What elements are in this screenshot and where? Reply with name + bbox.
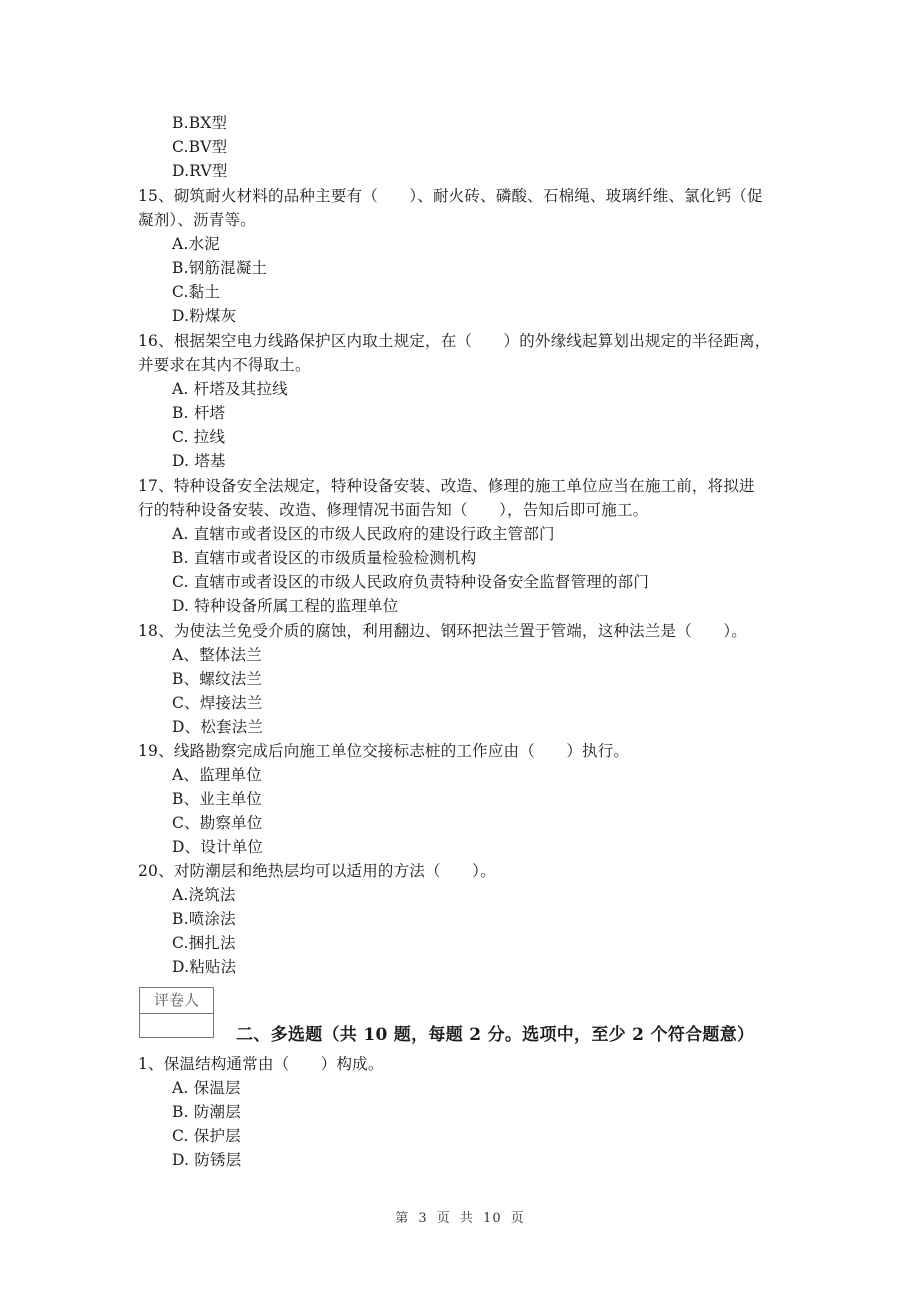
- section-title: 二、多选题（共 10 题，每题 2 分。选项中，至少 2 个符合题意）: [236, 1022, 754, 1048]
- answer-option: B、业主单位: [172, 787, 262, 811]
- question-text: 并要求在其内不得取土。: [138, 353, 311, 377]
- answer-option: B、螺纹法兰: [172, 667, 262, 691]
- question-text: 20、对防潮层和绝热层均可以适用的方法（ ）。: [138, 859, 496, 883]
- answer-option: D. 塔基: [172, 449, 226, 473]
- answer-option: D. 防锈层: [172, 1148, 241, 1172]
- answer-option: A.水泥: [172, 232, 220, 256]
- grader-box: 评卷人: [139, 987, 214, 1038]
- answer-option: A. 直辖市或者设区的市级人民政府的建设行政主管部门: [172, 522, 555, 546]
- answer-option: B. 防潮层: [172, 1100, 241, 1124]
- answer-option: C. 保护层: [172, 1124, 241, 1148]
- answer-option: D、设计单位: [172, 835, 263, 859]
- answer-option: A、整体法兰: [172, 643, 262, 667]
- question-text: 凝剂）、沥青等。: [138, 208, 256, 232]
- question-text: 15、砌筑耐火材料的品种主要有（ ）、耐火砖、磷酸、石棉绳、玻璃纤维、氯化钙（促: [138, 184, 763, 208]
- answer-option: D.RV型: [172, 159, 228, 183]
- answer-option: A. 保温层: [172, 1076, 241, 1100]
- answer-option: B. 直辖市或者设区的市级质量检验检测机构: [172, 546, 476, 570]
- grader-label: 评卷人: [140, 988, 213, 1014]
- answer-option: C.黏土: [172, 280, 220, 304]
- answer-option: A、监理单位: [172, 763, 262, 787]
- page-footer: 第 3 页 共 10 页: [0, 1207, 920, 1226]
- answer-option: C. 直辖市或者设区的市级人民政府负责特种设备安全监督管理的部门: [172, 570, 649, 594]
- answer-option: C.捆扎法: [172, 931, 236, 955]
- answer-option: B. 杆塔: [172, 401, 225, 425]
- question-text: 17、特种设备安全法规定，特种设备安装、改造、修理的施工单位应当在施工前，将拟进: [138, 474, 755, 498]
- answer-option: B.钢筋混凝土: [172, 256, 267, 280]
- question-text: 16、根据架空电力线路保护区内取土规定，在（ ）的外缘线起算划出规定的半径距离，: [138, 329, 770, 353]
- answer-option: A.浇筑法: [172, 883, 236, 907]
- answer-option: D.粉煤灰: [172, 304, 236, 328]
- answer-option: B.BX型: [172, 111, 227, 135]
- answer-option: C.BV型: [172, 135, 227, 159]
- document-page: B.BX型C.BV型D.RV型15、砌筑耐火材料的品种主要有（ ）、耐火砖、磷酸…: [0, 0, 920, 1302]
- answer-option: C、勘察单位: [172, 811, 263, 835]
- question-text: 19、线路勘察完成后向施工单位交接标志桩的工作应由（ ）执行。: [138, 739, 629, 763]
- answer-option: A. 杆塔及其拉线: [172, 377, 288, 401]
- answer-option: C、焊接法兰: [172, 691, 263, 715]
- question-text: 行的特种设备安装、改造、修理情况书面告知（ ），告知后即可施工。: [138, 498, 648, 522]
- question-text: 18、为使法兰免受介质的腐蚀，利用翻边、钢环把法兰置于管端，这种法兰是（ ）。: [138, 619, 747, 643]
- answer-option: D、松套法兰: [172, 715, 263, 739]
- question-text: 1、保温结构通常由（ ）构成。: [138, 1052, 384, 1076]
- answer-option: C. 拉线: [172, 425, 225, 449]
- answer-option: D. 特种设备所属工程的监理单位: [172, 594, 398, 618]
- answer-option: B.喷涂法: [172, 907, 236, 931]
- answer-option: D.粘贴法: [172, 955, 236, 979]
